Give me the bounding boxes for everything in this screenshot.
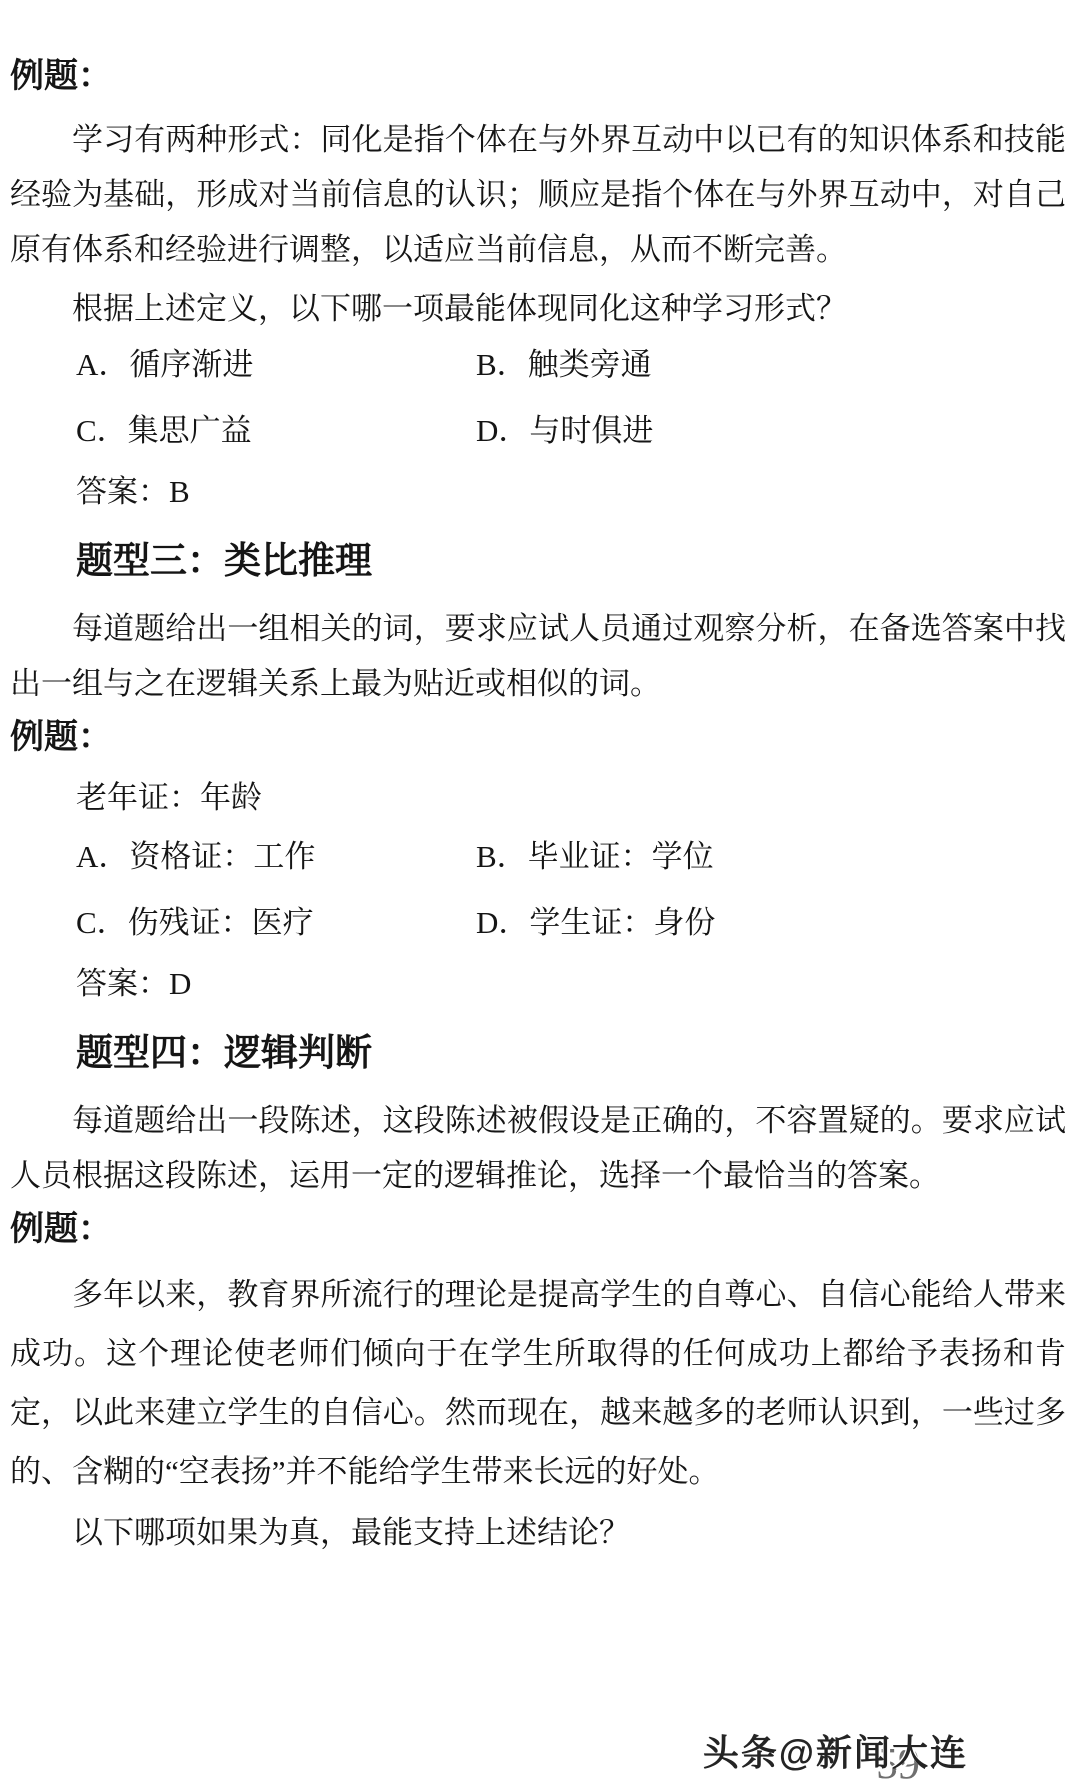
example1-options: A．循序渐进 B．触类旁通 C．集思广益 D．与时俱进	[76, 341, 1066, 455]
option-d: D．学生证：身份	[476, 899, 1066, 947]
section4-paragraph: 多年以来，教育界所流行的理论是提高学生的自尊心、自信心能给人带来成功。这个理论使…	[10, 1265, 1066, 1501]
example1-block: 例题： 学习有两种形式：同化是指个体在与外界互动中以已有的知识体系和技能经验为基…	[10, 56, 1066, 517]
section4-heading: 题型四：逻辑判断	[76, 1031, 1066, 1075]
example1-question: 根据上述定义，以下哪一项最能体现同化这种学习形式？	[10, 283, 1066, 335]
watermark-label: 头条@新闻大连	[703, 1732, 968, 1773]
section3-stem: 老年证：年龄	[76, 773, 1066, 823]
option-b: B．毕业证：学位	[476, 833, 1066, 881]
option-c: C．集思广益	[76, 407, 476, 455]
section3-answer: 答案：D	[76, 959, 1066, 1009]
section4-example-heading: 例题：	[10, 1209, 1066, 1249]
option-c: C．伤残证：医疗	[76, 899, 476, 947]
document-page: 例题： 学习有两种形式：同化是指个体在与外界互动中以已有的知识体系和技能经验为基…	[0, 0, 1080, 1783]
example1-paragraph: 学习有两种形式：同化是指个体在与外界互动中以已有的知识体系和技能经验为基础，形成…	[10, 112, 1066, 277]
page-footer: 59 头条@新闻大连	[703, 1725, 968, 1777]
example1-answer: 答案：B	[76, 467, 1066, 517]
section3-heading: 题型三：类比推理	[76, 539, 1066, 583]
section3-example-heading: 例题：	[10, 717, 1066, 757]
section4-description: 每道题给出一段陈述，这段陈述被假设是正确的，不容置疑的。要求应试人员根据这段陈述…	[10, 1093, 1066, 1203]
section3-options: A．资格证：工作 B．毕业证：学位 C．伤残证：医疗 D．学生证：身份	[76, 833, 1066, 947]
option-a: A．循序渐进	[76, 341, 476, 389]
section4-question: 以下哪项如果为真，最能支持上述结论？	[10, 1507, 1066, 1559]
option-a: A．资格证：工作	[76, 833, 476, 881]
section3-description: 每道题给出一组相关的词，要求应试人员通过观察分析，在备选答案中找出一组与之在逻辑…	[10, 601, 1066, 711]
section3-block: 题型三：类比推理 每道题给出一组相关的词，要求应试人员通过观察分析，在备选答案中…	[10, 539, 1066, 1009]
option-d: D．与时俱进	[476, 407, 1066, 455]
section4-block: 题型四：逻辑判断 每道题给出一段陈述，这段陈述被假设是正确的，不容置疑的。要求应…	[10, 1031, 1066, 1559]
option-b: B．触类旁通	[476, 341, 1066, 389]
example1-heading: 例题：	[10, 56, 1066, 96]
